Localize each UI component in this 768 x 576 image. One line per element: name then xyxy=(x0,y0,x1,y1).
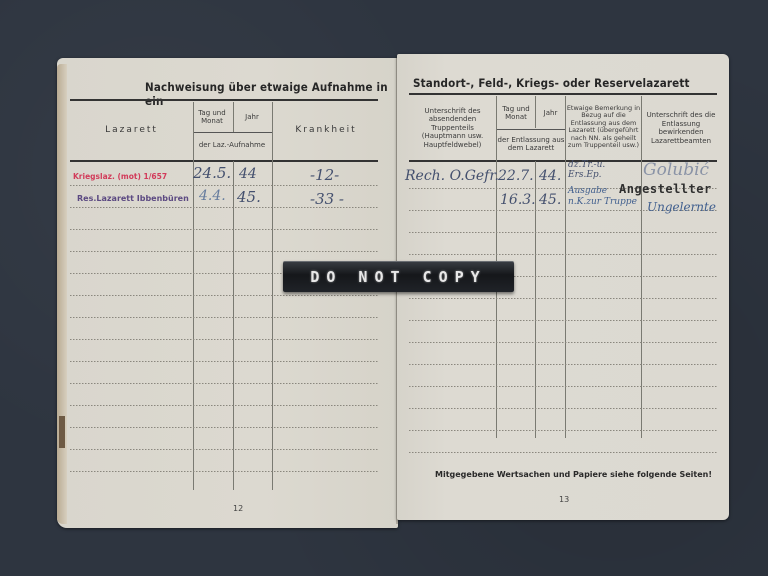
entry-1-signature: Golubić xyxy=(643,160,709,180)
row-line xyxy=(70,427,378,428)
column-header-tag-monat: Tag und Monat xyxy=(193,103,231,131)
left-page: Nachweisung über etwaige Aufnahme in ein… xyxy=(57,58,398,528)
row-line xyxy=(70,405,378,406)
row-line xyxy=(70,251,378,252)
page-edge-tab xyxy=(59,416,65,448)
entry-2-signature: Ungelernte xyxy=(647,200,716,214)
row-line xyxy=(70,317,378,318)
entry-1-tag-monat: 24.5. xyxy=(193,164,231,182)
entry-2-lazarett-stamp: Res.Lazarett Ibbenbüren xyxy=(77,194,189,203)
row-line xyxy=(409,232,717,233)
column-header-unterschrift-truppe: Unterschrift des absendenden Truppenteil… xyxy=(409,98,496,158)
row-line xyxy=(409,408,717,409)
column-divider xyxy=(272,102,273,490)
soldbuch-open-booklet: Nachweisung über etwaige Aufnahme in ein… xyxy=(0,0,768,576)
row-line xyxy=(70,339,378,340)
entry-2-tag-monat: 4.4. xyxy=(199,188,226,204)
column-header-tag-monat: Tag und Monat xyxy=(497,98,535,128)
row-line xyxy=(409,320,717,321)
entry-1-tag-monat: 22.7. xyxy=(498,168,534,184)
page-number-right: 13 xyxy=(559,495,569,504)
entry-1-unterschrift-truppe: Rech. O.Gefr. xyxy=(405,168,499,184)
footer-note: Mitgegebene Wertsachen und Papiere siehe… xyxy=(435,470,712,479)
column-header-aufnahme: der Laz.-Aufnahme xyxy=(193,133,271,157)
entry-1-krankheit: -12- xyxy=(310,166,339,184)
row-line xyxy=(409,386,717,387)
column-divider xyxy=(233,161,234,490)
right-page-title: Standort-, Feld-, Kriegs- oder Reservela… xyxy=(413,76,690,90)
row-line xyxy=(409,342,717,343)
row-line xyxy=(70,295,378,296)
row-line xyxy=(70,229,378,230)
angestellter-stamp: Angestellter xyxy=(619,182,712,196)
do-not-copy-label: DO NOT COPY xyxy=(283,261,514,292)
row-line xyxy=(70,185,378,186)
header-sub-rule xyxy=(497,129,566,130)
column-header-jahr: Jahr xyxy=(536,98,565,128)
column-header-entlassung: der Entlassung aus dem Lazarett xyxy=(497,130,565,158)
row-line xyxy=(70,383,378,384)
entry-1-jahr: 44. xyxy=(539,168,561,184)
row-line xyxy=(409,298,717,299)
row-line xyxy=(409,364,717,365)
column-header-lazarett: Lazarett xyxy=(71,102,192,158)
column-divider xyxy=(535,96,536,128)
row-line xyxy=(409,452,717,453)
column-header-unterschrift-beamter: Unterschrift des die Entlassung bewirken… xyxy=(643,98,719,158)
header-top-rule xyxy=(70,99,378,101)
column-divider xyxy=(193,102,194,490)
row-line xyxy=(70,449,378,450)
row-line xyxy=(70,471,378,472)
column-divider xyxy=(233,102,234,132)
page-edge xyxy=(57,64,67,524)
entry-1-lazarett-stamp: Kriegslaz. (mot) 1/657 xyxy=(73,172,167,181)
row-line xyxy=(70,361,378,362)
column-header-bemerkung: Etwaige Bemerkung in Bezug auf die Entla… xyxy=(566,96,641,158)
entry-2-tag-monat: 16.3. xyxy=(500,192,536,208)
column-header-jahr: Jahr xyxy=(233,103,271,131)
row-line xyxy=(409,254,717,255)
entry-2-jahr: 45. xyxy=(539,192,561,208)
header-bottom-rule xyxy=(70,160,378,162)
header-sub-rule xyxy=(193,132,272,133)
page-number-left: 12 xyxy=(233,504,243,513)
header-top-rule xyxy=(409,93,717,95)
entry-1-jahr: 44 xyxy=(239,166,257,182)
entry-2-krankheit: -33 - xyxy=(310,190,344,208)
do-not-copy-text: DO NOT COPY xyxy=(310,268,486,286)
row-line xyxy=(409,430,717,431)
entry-1-bemerkung: dz.Tr.-u. Ers.Ep. xyxy=(568,160,638,180)
column-header-krankheit: Krankheit xyxy=(273,102,379,158)
entry-2-jahr: 45. xyxy=(237,188,261,206)
